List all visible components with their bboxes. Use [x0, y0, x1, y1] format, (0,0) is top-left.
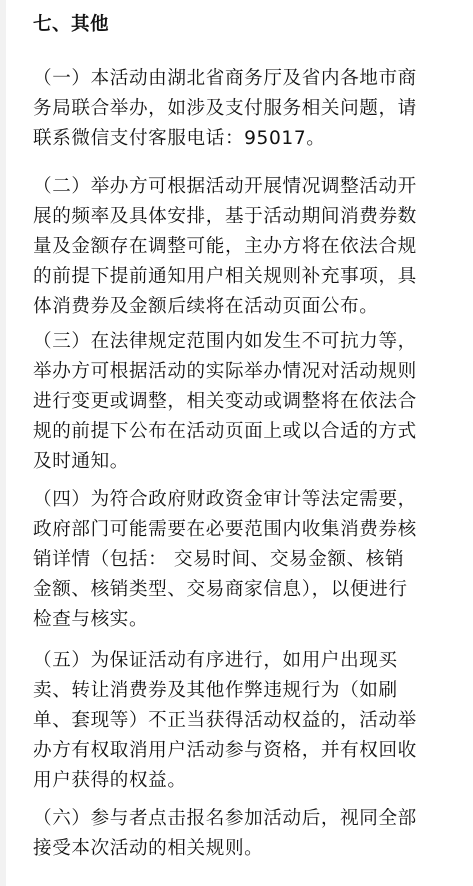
text-line: 体消费券及金额后续将在活动页面公布。 — [33, 292, 458, 322]
paragraph-5: （五）为保证活动有序进行，如用户出现买 卖、转让消费券及其他作弊违规行为（如刷 … — [33, 646, 458, 796]
text-line: 接受本次活动的相关规则。 — [33, 834, 458, 864]
text-line: （五）为保证活动有序进行，如用户出现买 — [33, 646, 458, 676]
text-line: 卖、转让消费券及其他作弊违规行为（如刷 — [33, 676, 458, 706]
text-line: 联系微信支付客服电话：95017。 — [33, 124, 458, 154]
text-line: （六）参与者点击报名参加活动后，视同全部 — [33, 804, 458, 834]
text-line: 规的前提下公布在活动页面上或以合适的方式 — [33, 417, 458, 447]
paragraph-2: （二）举办方可根据活动开展情况调整活动开 展的频率及具体安排，基于活动期间消费券… — [33, 172, 458, 322]
text-line: 量及金额存在调整可能，主办方将在依法合规 — [33, 232, 458, 262]
left-edge-strip — [0, 0, 6, 886]
text-line: 举办方可根据活动的实际举办情况对活动规则 — [33, 357, 458, 387]
text-line: （三）在法律规定范围内如发生不可抗力等， — [33, 327, 458, 357]
text-line: 进行变更或调整，相关变动或调整将在依法合 — [33, 387, 458, 417]
text-line: 展的频率及具体安排，基于活动期间消费券数 — [33, 202, 458, 232]
paragraph-3: （三）在法律规定范围内如发生不可抗力等， 举办方可根据活动的实际举办情况对活动规… — [33, 327, 458, 477]
text-line: 检查与核实。 — [33, 605, 458, 635]
text-line: 单、套现等）不正当获得活动权益的，活动举 — [33, 706, 458, 736]
paragraph-1: （一）本活动由湖北省商务厅及省内各地市商 务局联合举办，如涉及支付服务相关问题，… — [33, 64, 458, 154]
text-line: 及时通知。 — [33, 447, 458, 477]
text-line: （一）本活动由湖北省商务厅及省内各地市商 — [33, 64, 458, 94]
text-line: 销详情（包括： 交易时间、交易金额、核销 — [33, 545, 458, 575]
text-line: 用户获得的权益。 — [33, 766, 458, 796]
text-line: 的前提下提前通知用户相关规则补充事项，具 — [33, 262, 458, 292]
text-line: 务局联合举办，如涉及支付服务相关问题，请 — [33, 94, 458, 124]
text-line: （四）为符合政府财政资金审计等法定需要， — [33, 485, 458, 515]
text-line: 办方有权取消用户活动参与资格，并有权回收 — [33, 736, 458, 766]
section-title: 七、其他 — [33, 11, 109, 39]
text-line: （二）举办方可根据活动开展情况调整活动开 — [33, 172, 458, 202]
text-line: 政府部门可能需要在必要范围内收集消费券核 — [33, 515, 458, 545]
text-line: 金额、核销类型、交易商家信息），以便进行 — [33, 575, 458, 605]
paragraph-6: （六）参与者点击报名参加活动后，视同全部 接受本次活动的相关规则。 — [33, 804, 458, 864]
paragraph-4: （四）为符合政府财政资金审计等法定需要， 政府部门可能需要在必要范围内收集消费券… — [33, 485, 458, 635]
